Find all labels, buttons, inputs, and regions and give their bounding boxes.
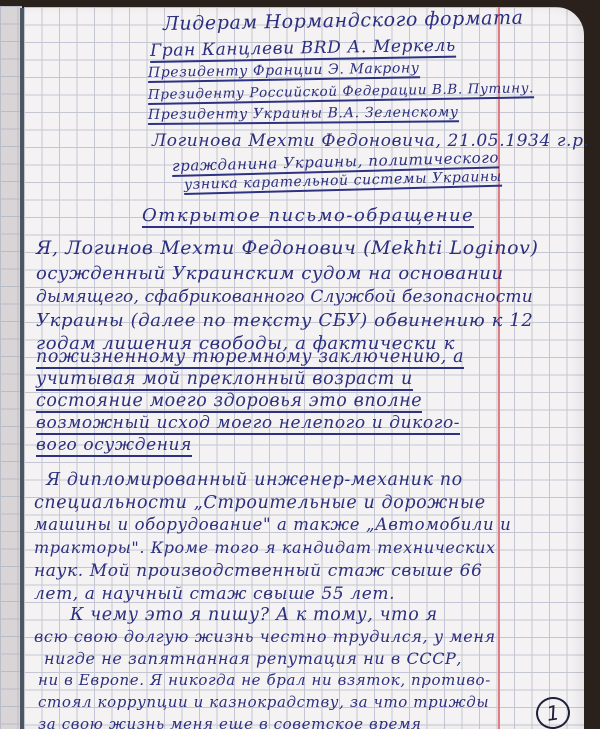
body-line: нигде не запятнанная репутация ни в СССР… [44, 649, 462, 668]
notebook-page: Лидерам Нормандского формата Гран Канцле… [24, 7, 584, 729]
body-line: стоял коррупции и казнокрадству, за что … [38, 693, 489, 711]
body-line: учитывая мой преклонный возраст и [36, 369, 413, 391]
body-line: возможный исход моего нелепого и дикого- [36, 413, 460, 435]
body-line: лет, а научный стаж свыше 55 лет. [34, 584, 395, 604]
sender-line: Логинова Мехти Федоновича, 21.05.1934 г.… [152, 131, 590, 151]
body-line: Я дипломированный инженер-механик по [46, 470, 463, 490]
letter-title: Открытое письмо-обращение [142, 205, 474, 228]
body-line: Я, Логинов Мехти Федонович (Mekhti Login… [36, 237, 538, 259]
addressee-line: Гран Канцлеви BRD А. Меркель [150, 36, 456, 63]
body-line: всю свою долгую жизнь честно трудился, у… [34, 627, 496, 646]
red-margin-line [498, 7, 500, 729]
body-line: осужденный Украинским судом на основании [36, 263, 504, 284]
previous-page-edge [0, 6, 22, 729]
body-line: дымящего, сфабрикованного Службой безопа… [36, 287, 533, 307]
addressee-line: Президенту Украины В.А. Зеленскому [148, 104, 459, 125]
body-line: наук. Мой производственный стаж свыше 66 [34, 561, 483, 581]
body-line: пожизненному тюремному заключению, а [36, 347, 464, 369]
body-line: тракторы". Кроме того я кандидат техниче… [34, 538, 496, 557]
addressee-line: Лидерам Нормандского формата [163, 7, 524, 35]
body-line: ни в Европе. Я никогда не брал ни взяток… [38, 671, 491, 689]
body-line: К чему это я пишу? А к тому, что я [70, 605, 438, 625]
body-line: машины и оборудование" а также „Автомоби… [34, 515, 511, 534]
addressee-line: Президенту Франции Э. Макрону [148, 60, 420, 83]
page-number-circle: 1 [534, 695, 572, 729]
body-line: за свою жизнь меня еще в советское время [38, 715, 422, 729]
body-line: специальности „Строительные и дорожные [34, 493, 486, 513]
body-line: вого осуждения [36, 435, 192, 457]
body-line: состояние моего здоровья это вполне [36, 391, 422, 413]
addressee-line: Президенту Российской Федерации В.В. Пут… [148, 80, 534, 105]
body-line: Украины (далее по тексту СБУ) обвинению … [36, 310, 533, 331]
